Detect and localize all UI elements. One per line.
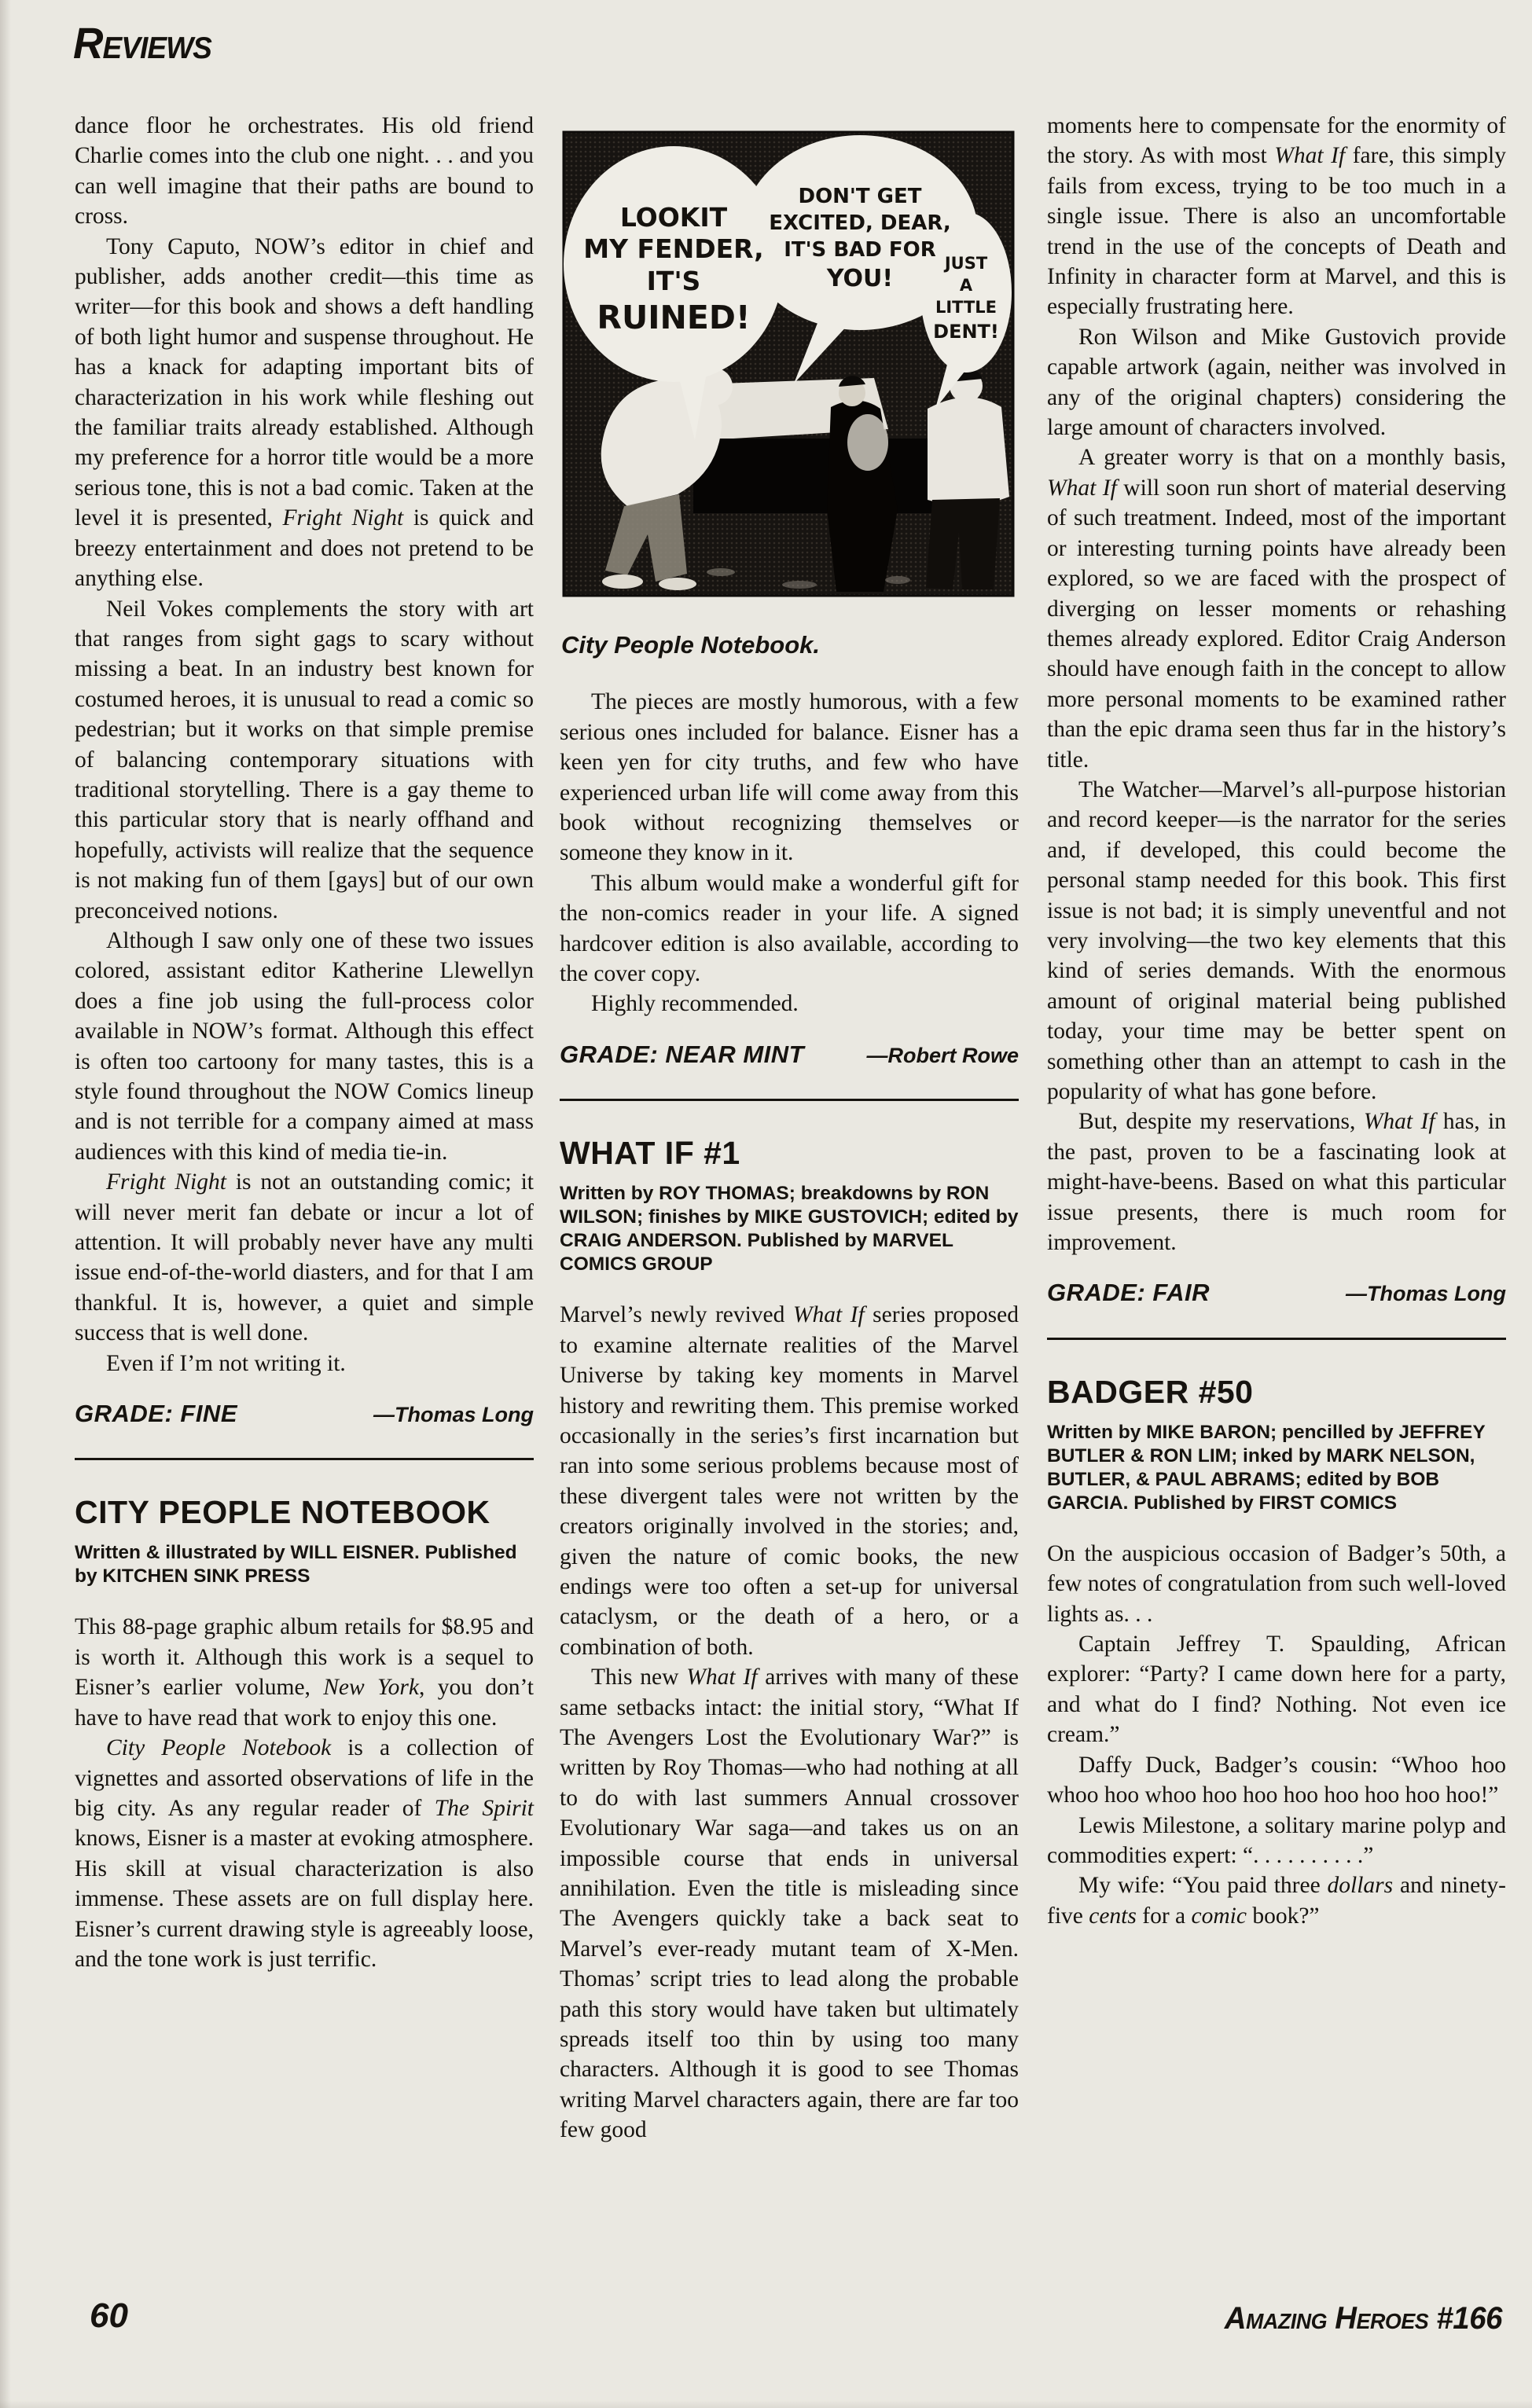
body-paragraph: Marvel’s newly revived What If series pr… bbox=[560, 1300, 1019, 1662]
balloon-2-line-4: YOU! bbox=[826, 265, 893, 292]
section-divider bbox=[1047, 1338, 1506, 1340]
body-paragraph: This 88-page graphic album retails for $… bbox=[75, 1612, 534, 1733]
body-paragraph: Ron Wilson and Mike Gustovich provide ca… bbox=[1047, 322, 1506, 443]
reviewer-byline: —Robert Rowe bbox=[866, 1041, 1019, 1070]
balloon-2-line-2: EXCITED, DEAR, bbox=[769, 211, 951, 235]
review-title: BADGER #50 bbox=[1047, 1376, 1506, 1408]
balloon-3-line-4: DENT! bbox=[933, 321, 999, 343]
body-paragraph: But, despite my reservations, What If ha… bbox=[1047, 1107, 1506, 1257]
column-3: moments here to compensate for the enorm… bbox=[1047, 111, 1506, 1931]
body-paragraph: On the auspicious occasion of Badger’s 5… bbox=[1047, 1539, 1506, 1629]
body-paragraph: Even if I’m not writing it. bbox=[75, 1349, 534, 1378]
column-1: dance floor he orchestrates. His old fri… bbox=[75, 111, 534, 1974]
body-paragraph: Highly recommended. bbox=[560, 989, 1019, 1019]
review-credits: Written by ROY THOMAS; breakdowns by RON… bbox=[560, 1182, 1019, 1276]
section-divider bbox=[560, 1099, 1019, 1101]
section-divider bbox=[75, 1458, 534, 1460]
balloon-1-line-1: LOOKIT bbox=[620, 202, 728, 233]
balloon-1-line-2: MY FENDER, bbox=[583, 233, 763, 264]
balloon-2-line-1: DON'T GET bbox=[798, 185, 921, 208]
body-paragraph: Neil Vokes complements the story with ar… bbox=[75, 594, 534, 926]
body-paragraph: dance floor he orchestrates. His old fri… bbox=[75, 111, 534, 232]
column-2: LOOKIT MY FENDER, IT'S RUINED! DON'T GET… bbox=[560, 69, 1019, 2146]
balloon-1-line-3: IT'S bbox=[647, 266, 701, 296]
balloon-3-line-1: JUST bbox=[943, 254, 988, 273]
body-paragraph: A greater worry is that on a monthly bas… bbox=[1047, 442, 1506, 774]
page-section-title: Reviews bbox=[73, 17, 211, 68]
body-paragraph: Daffy Duck, Badger’s cousin: “Whoo hoo w… bbox=[1047, 1750, 1506, 1811]
magazine-title-footer: Amazing Heroes #166 bbox=[1225, 2301, 1502, 2336]
page-number: 60 bbox=[90, 2296, 128, 2336]
grade-row: GRADE: FAIR—Thomas Long bbox=[1047, 1278, 1506, 1309]
body-paragraph: The pieces are mostly humorous, with a f… bbox=[560, 687, 1019, 868]
body-paragraph: City People Notebook is a collection of … bbox=[75, 1733, 534, 1974]
review-credits: Written & illustrated by WILL EISNER. Pu… bbox=[75, 1541, 534, 1588]
body-paragraph: Fright Night is not an outstanding comic… bbox=[75, 1167, 534, 1348]
body-paragraph: Tony Caputo, NOW’s editor in chief and p… bbox=[75, 232, 534, 594]
comic-panel-illustration: LOOKIT MY FENDER, IT'S RUINED! DON'T GET… bbox=[560, 69, 1019, 619]
balloon-1-line-4: RUINED! bbox=[597, 299, 750, 336]
body-paragraph: This new What If arrives with many of th… bbox=[560, 1662, 1019, 2146]
city-people-notebook-figure: LOOKIT MY FENDER, IT'S RUINED! DON'T GET… bbox=[560, 69, 1019, 619]
reviewer-byline: —Thomas Long bbox=[373, 1400, 534, 1430]
body-paragraph: This album would make a wonderful gift f… bbox=[560, 868, 1019, 989]
balloon-3-line-3: LITTLE bbox=[935, 298, 997, 317]
grade-row: GRADE: NEAR MINT—Robert Rowe bbox=[560, 1040, 1019, 1070]
body-paragraph: Lewis Milestone, a solitary marine polyp… bbox=[1047, 1811, 1506, 1871]
magazine-page: Reviews dance floor he orchestrates. His… bbox=[0, 0, 1532, 2408]
body-paragraph: Captain Jeffrey T. Spaulding, African ex… bbox=[1047, 1629, 1506, 1750]
balloon-2-line-3: IT'S BAD FOR bbox=[784, 238, 936, 262]
review-credits: Written by MIKE BARON; pencilled by JEFF… bbox=[1047, 1421, 1506, 1515]
review-title: WHAT IF #1 bbox=[560, 1137, 1019, 1169]
body-paragraph: My wife: “You paid three dollars and nin… bbox=[1047, 1870, 1506, 1931]
review-title: CITY PEOPLE NOTEBOOK bbox=[75, 1496, 534, 1529]
body-paragraph: The Watcher—Marvel’s all-purpose histori… bbox=[1047, 775, 1506, 1107]
grade-label: GRADE: FAIR bbox=[1047, 1278, 1210, 1308]
body-paragraph: moments here to compensate for the enorm… bbox=[1047, 111, 1506, 322]
balloon-3-line-2: A bbox=[960, 276, 973, 295]
grade-label: GRADE: FINE bbox=[75, 1399, 237, 1429]
figure-caption: City People Notebook. bbox=[561, 630, 1019, 660]
body-paragraph: Although I saw only one of these two iss… bbox=[75, 926, 534, 1167]
grade-label: GRADE: NEAR MINT bbox=[560, 1040, 804, 1070]
grade-row: GRADE: FINE—Thomas Long bbox=[75, 1399, 534, 1430]
column-2-text: The pieces are mostly humorous, with a f… bbox=[560, 687, 1019, 2145]
reviewer-byline: —Thomas Long bbox=[1346, 1279, 1506, 1309]
